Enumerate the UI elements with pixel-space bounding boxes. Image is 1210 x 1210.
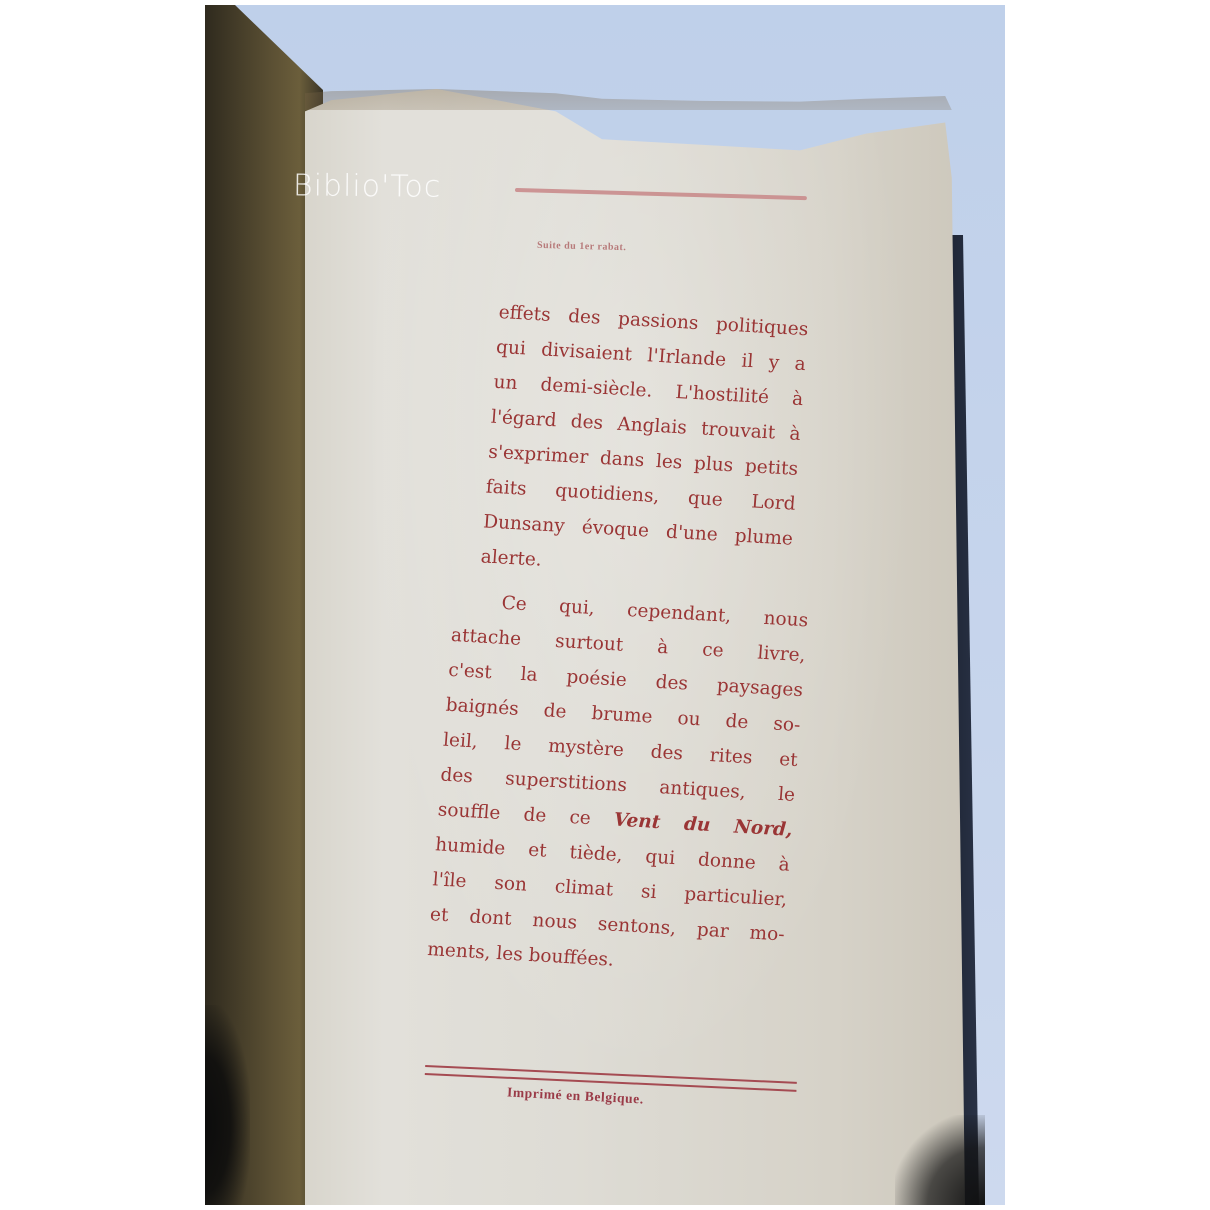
paragraph-1: effets des passions politiques qui divis…: [479, 295, 809, 592]
finger-shadow: [205, 1005, 250, 1205]
text-segment: souffle de ce: [437, 799, 615, 830]
watermark-logo: Biblio'Toc: [293, 168, 442, 204]
book-photo: Biblio'Toc Suite du 1er rabat. effets de…: [205, 5, 1005, 1205]
paragraph-2: Ce qui, cependant, nous attache surtout …: [426, 583, 809, 987]
continuation-note: Suite du 1er rabat.: [537, 240, 627, 253]
title-emphasis: Vent du Nord,: [613, 810, 793, 841]
corner-shadow: [895, 1115, 985, 1205]
